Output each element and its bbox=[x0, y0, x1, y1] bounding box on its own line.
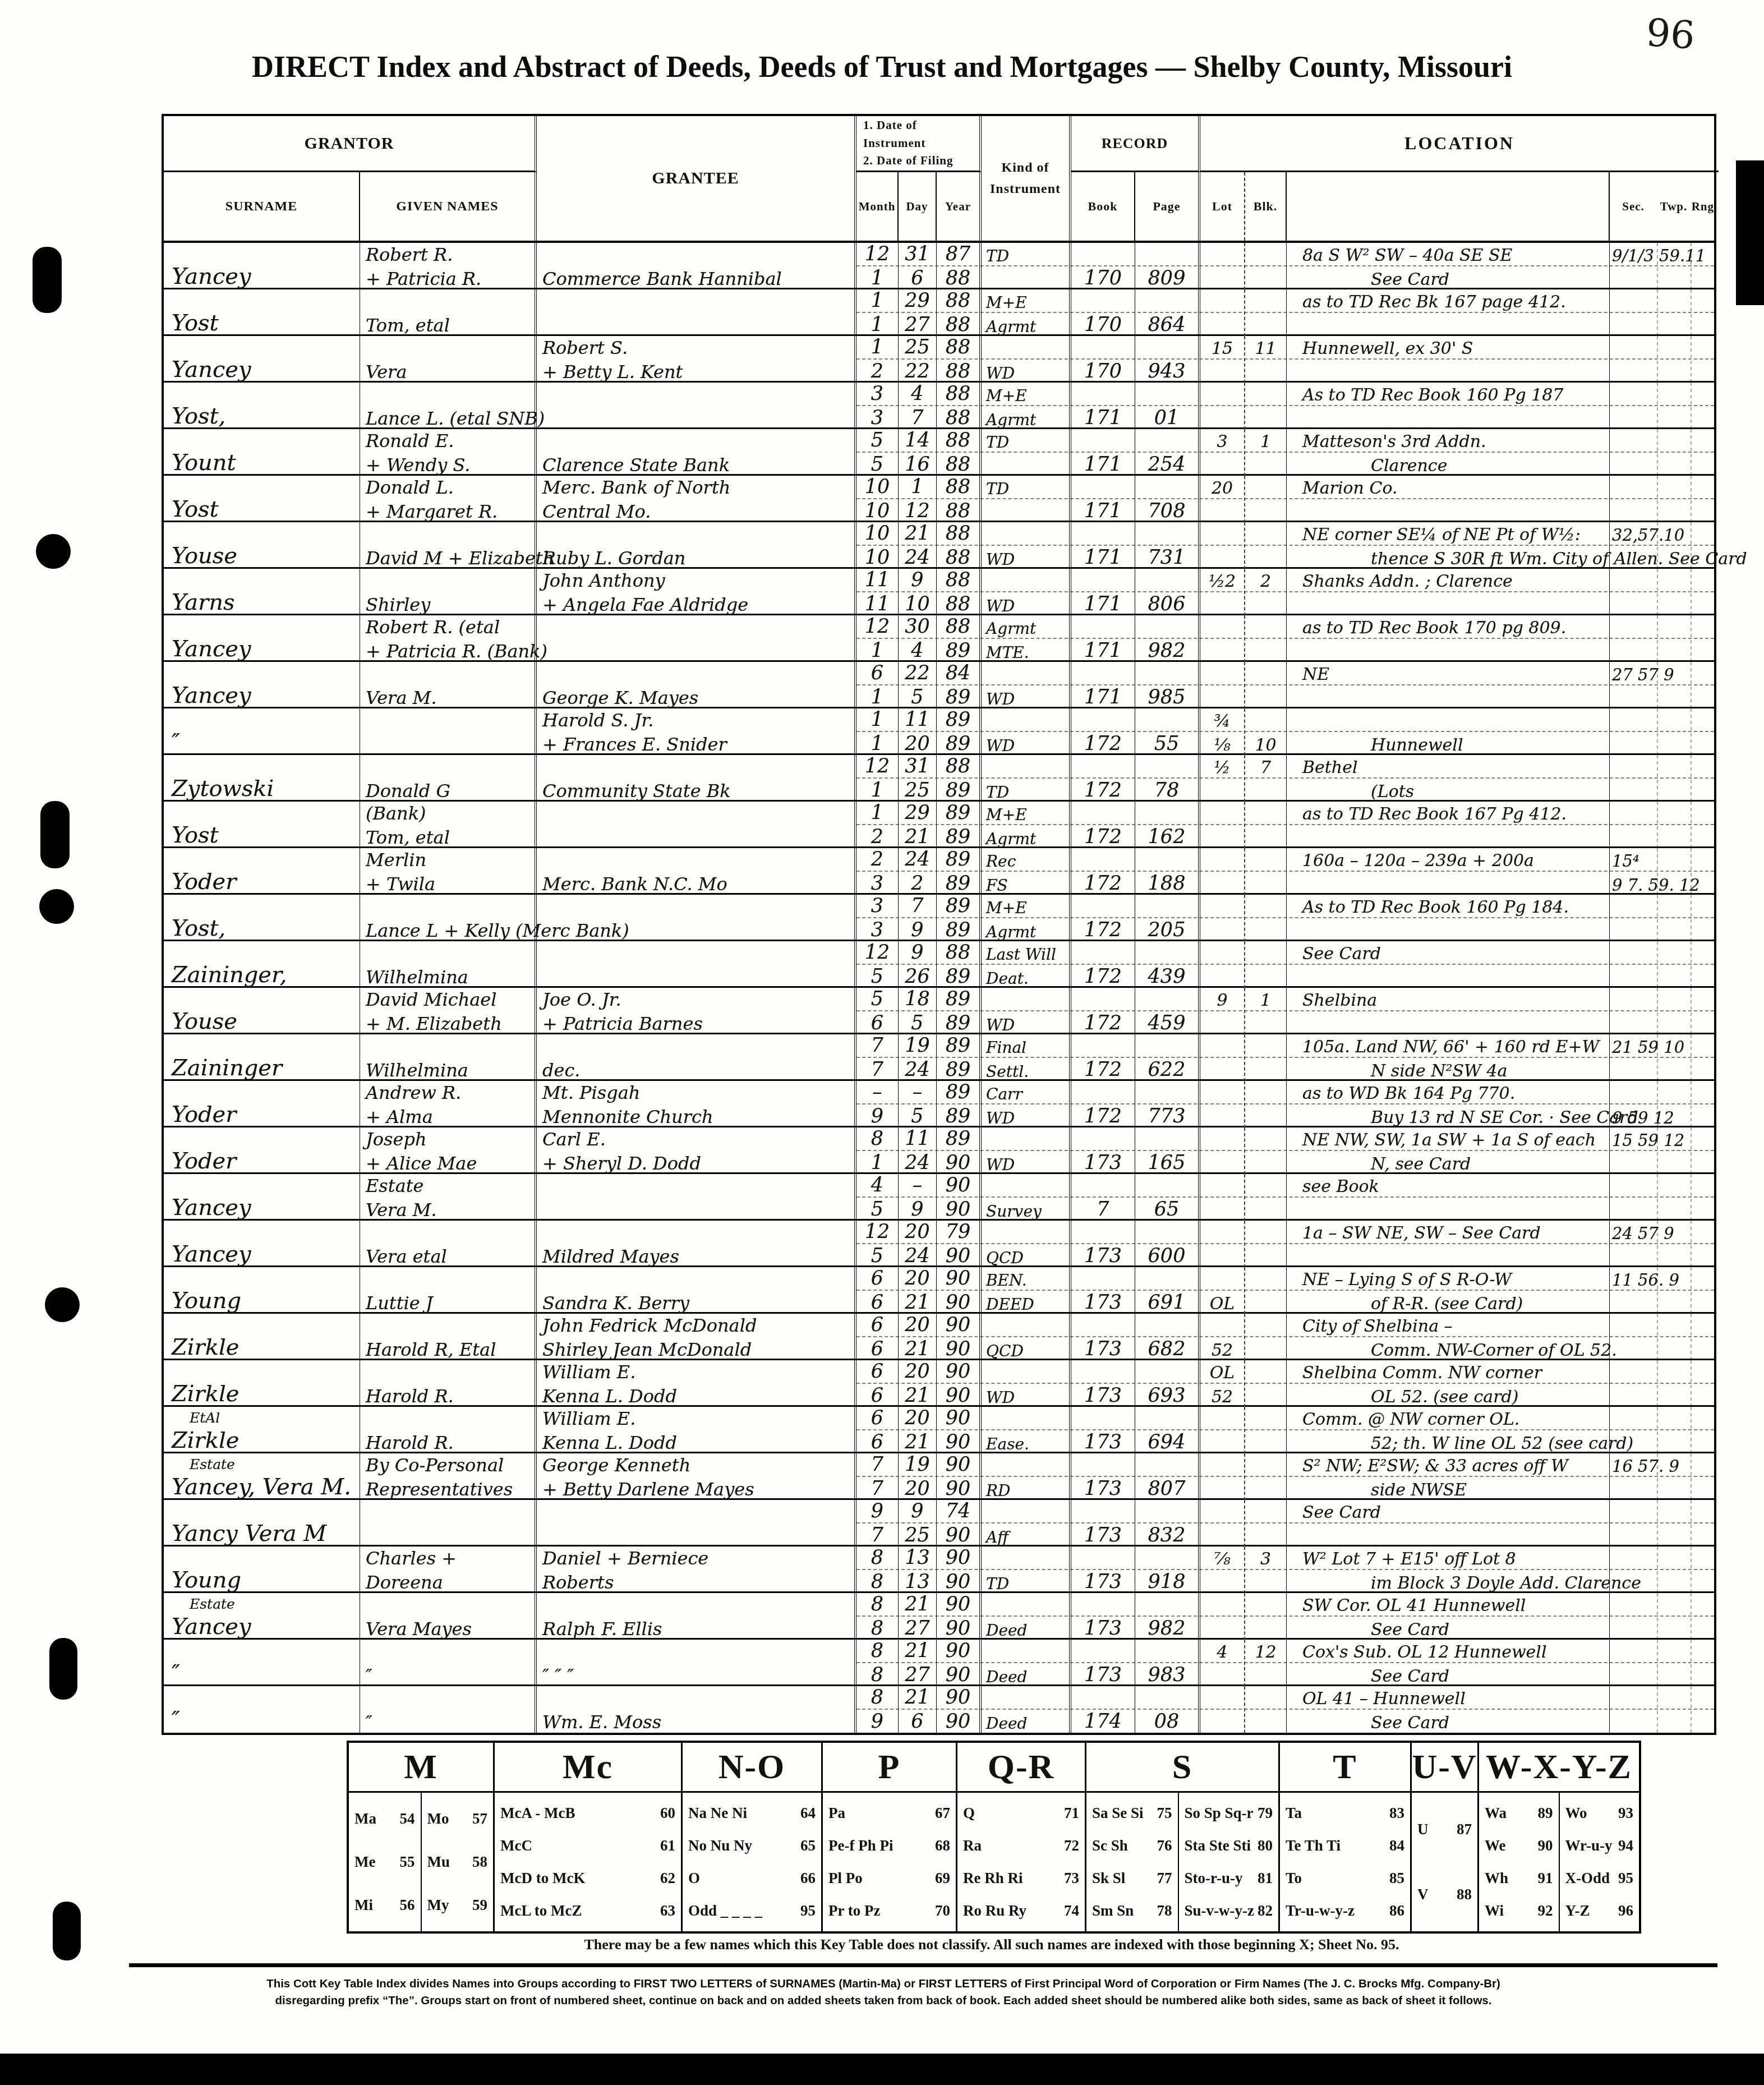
key-sheet-number: 62 bbox=[660, 1870, 675, 1887]
sec-twp-rng-header: Sec. Twp. Rng. bbox=[1610, 172, 1719, 241]
day-cell: 225 bbox=[899, 662, 937, 709]
instrument-day: 9 bbox=[899, 941, 936, 964]
lot-line2 bbox=[1200, 546, 1244, 569]
grantee-cell: William E.Kenna L. Dodd bbox=[537, 1407, 856, 1454]
footnote-line2: disregarding prefix “The”. Groups start … bbox=[163, 1992, 1604, 2009]
sec-twp-rng-cell bbox=[1610, 895, 1719, 942]
given-name-line2: + Alice Mae bbox=[360, 1152, 535, 1175]
blk-line2 bbox=[1245, 1478, 1286, 1501]
blk-cell: 10 bbox=[1245, 708, 1287, 756]
grantee-line2 bbox=[537, 965, 854, 988]
surname-text: ″ bbox=[164, 728, 360, 756]
filing-day: 24 bbox=[899, 546, 936, 569]
day-cell: 1924 bbox=[899, 1034, 937, 1081]
lot-line1 bbox=[1200, 243, 1244, 266]
instrument-day: 11 bbox=[899, 1127, 936, 1150]
instrument-day: – bbox=[899, 1174, 936, 1197]
key-subcolumn: Na Ne Ni64No Nu Ny65O66Odd _ _ _ _95 bbox=[683, 1793, 821, 1931]
location-line1: OL 41 – Hunnewell bbox=[1287, 1686, 1609, 1709]
instrument-day: 13 bbox=[899, 1547, 936, 1569]
kind-line1: TD bbox=[982, 429, 1069, 452]
instrument-month: 6 bbox=[856, 1314, 898, 1337]
month-cell: 61 bbox=[856, 662, 899, 709]
year-cell: 8889 bbox=[937, 615, 982, 662]
filing-year: 90 bbox=[937, 1710, 979, 1733]
key-group-body: Ma54Me55Mi56Mo57Mu58My59 bbox=[349, 1793, 493, 1931]
filing-day: 27 bbox=[899, 314, 936, 337]
key-sheet-number: 68 bbox=[935, 1837, 950, 1854]
record-page-cell: 943 bbox=[1135, 336, 1200, 383]
surname-cell: Yoder bbox=[164, 1081, 360, 1128]
sec-twp-rng-line1: 32,57.10 bbox=[1610, 522, 1719, 545]
scan-edge-smudge bbox=[1736, 160, 1764, 305]
instrument-day: 20 bbox=[899, 1314, 936, 1337]
record-page: 983 bbox=[1135, 1664, 1198, 1687]
lot-line2 bbox=[1200, 360, 1244, 383]
binder-hole-mark bbox=[33, 247, 62, 313]
day-cell: 1416 bbox=[899, 429, 937, 476]
book-header: Book bbox=[1071, 172, 1135, 241]
sec-twp-rng-line1 bbox=[1610, 1547, 1719, 1569]
kind-line2: WD bbox=[982, 686, 1069, 709]
day-cell: –5 bbox=[899, 1081, 937, 1128]
key-range-label: Re Rh Ri bbox=[963, 1870, 1023, 1887]
blk-line1: 12 bbox=[1245, 1640, 1286, 1663]
sec-twp-rng-cell: 32,57.10 bbox=[1610, 522, 1719, 569]
given-name-line1 bbox=[360, 1686, 535, 1709]
given-name-line1: Merlin bbox=[360, 848, 535, 871]
filing-month: 3 bbox=[856, 872, 898, 895]
instrument-year: 88 bbox=[937, 476, 979, 499]
given-names-cell bbox=[360, 1500, 537, 1547]
lot-line2 bbox=[1200, 1524, 1244, 1547]
filing-day: 24 bbox=[899, 1245, 936, 1268]
record-page: 55 bbox=[1135, 733, 1198, 756]
blk-line1 bbox=[1245, 1314, 1286, 1337]
sec-twp-rng-line1: 24 57 9 bbox=[1610, 1221, 1719, 1244]
grantee-line1 bbox=[537, 1686, 854, 1709]
day-cell: 1120 bbox=[899, 708, 937, 756]
surname-text: Yancey bbox=[164, 1194, 360, 1221]
location-cell: NE – Lying S of S R-O-Wof R-R. (see Card… bbox=[1287, 1267, 1610, 1314]
filing-month: 5 bbox=[856, 453, 898, 476]
kind-line1: Last Will bbox=[982, 941, 1069, 964]
grantee-line2: Commerce Bank Hannibal bbox=[537, 267, 854, 290]
location-line2: Hunnewell bbox=[1287, 733, 1609, 756]
given-names-cell: Vera Mayes bbox=[360, 1593, 537, 1640]
key-cell: Wr-u-y94 bbox=[1560, 1837, 1639, 1854]
surname-text: Yancey, Vera M. bbox=[164, 1473, 360, 1501]
key-sheet-number: 67 bbox=[935, 1805, 950, 1822]
kind-line1 bbox=[982, 988, 1069, 1011]
record-book: 7 bbox=[1071, 1198, 1135, 1221]
location-header: LOCATION bbox=[1200, 116, 1719, 172]
location-line1: Marion Co. bbox=[1287, 476, 1609, 499]
kind-line2: WD bbox=[982, 1384, 1069, 1407]
kind-line2 bbox=[982, 453, 1069, 476]
instrument-month: 2 bbox=[856, 848, 898, 871]
kind-line2: FS bbox=[982, 872, 1069, 895]
year-cell: 8888 bbox=[937, 336, 982, 383]
location-cell: City of Shelbina –Comm. NW-Corner of OL … bbox=[1287, 1314, 1610, 1361]
filing-day: 27 bbox=[899, 1617, 936, 1640]
location-line2 bbox=[1287, 1198, 1609, 1221]
record-book-cell: 173 bbox=[1071, 1453, 1135, 1501]
sec-twp-rng-line1 bbox=[1610, 755, 1719, 778]
lot-line1: 3 bbox=[1200, 429, 1244, 452]
grantee-cell: George K. Mayes bbox=[537, 662, 856, 709]
grantor-header: GRANTOR bbox=[164, 116, 537, 172]
sec-twp-rng-line1 bbox=[1610, 1081, 1719, 1104]
blk-line1 bbox=[1245, 1127, 1286, 1150]
day-cell: 2927 bbox=[899, 289, 937, 337]
given-name-line1 bbox=[360, 336, 535, 359]
surname-text: Youse bbox=[164, 1007, 360, 1035]
month-cell: 88 bbox=[856, 1640, 899, 1687]
key-range-label: Wo bbox=[1565, 1805, 1587, 1822]
blk-cell bbox=[1245, 615, 1287, 662]
key-group-body: Sa Se Si75Sc Sh76Sk Sl77Sm Sn78So Sp Sq-… bbox=[1086, 1793, 1278, 1931]
filing-day: 21 bbox=[899, 1384, 936, 1407]
sec-twp-rng-line1 bbox=[1610, 1360, 1719, 1383]
grantee-line1: John Fedrick McDonald bbox=[537, 1314, 854, 1337]
filing-month: 9 bbox=[856, 1710, 898, 1733]
key-range-label: Y-Z bbox=[1565, 1902, 1590, 1920]
key-cell: Tr-u-w-y-z86 bbox=[1280, 1902, 1410, 1920]
key-range-label: Pe-f Ph Pi bbox=[828, 1837, 893, 1854]
blk-line2 bbox=[1245, 1105, 1286, 1128]
blk-cell: 12 bbox=[1245, 1640, 1287, 1687]
key-sheet-number: 79 bbox=[1258, 1805, 1273, 1822]
filing-month: 3 bbox=[856, 407, 898, 430]
kind-line2 bbox=[982, 267, 1069, 290]
given-names-header: GIVEN NAMES bbox=[360, 172, 537, 241]
grantee-cell: Mt. PisgahMennonite Church bbox=[537, 1081, 856, 1128]
record-page-cell: 254 bbox=[1135, 429, 1200, 476]
lot-line1 bbox=[1200, 1267, 1244, 1290]
instrument-month: 4 bbox=[856, 1174, 898, 1197]
record-page: 459 bbox=[1135, 1012, 1198, 1035]
blk-line1 bbox=[1245, 802, 1286, 825]
given-name-line1: Andrew R. bbox=[360, 1081, 535, 1104]
lot-line2 bbox=[1200, 1198, 1244, 1221]
grantee-cell: Clarence State Bank bbox=[537, 429, 856, 476]
record-page-cell: 459 bbox=[1135, 988, 1200, 1035]
record-page: 08 bbox=[1135, 1710, 1198, 1733]
given-name-line1 bbox=[360, 1034, 535, 1057]
key-cell: McL to McZ63 bbox=[495, 1902, 681, 1920]
lot-cell: ⅞ bbox=[1200, 1547, 1245, 1594]
key-subcolumn: Ma54Me55Mi56 bbox=[349, 1793, 421, 1931]
given-name-line2: Luttie J bbox=[360, 1291, 535, 1314]
given-name-line2: + Patricia R. (Bank) bbox=[360, 639, 535, 662]
instrument-year: 90 bbox=[937, 1174, 979, 1197]
date-header-line1: 1. Date of Instrument bbox=[863, 117, 979, 152]
filing-month: 3 bbox=[856, 919, 898, 942]
sec-twp-rng-line2 bbox=[1610, 546, 1719, 569]
blk-cell bbox=[1245, 895, 1287, 942]
instrument-year: 90 bbox=[937, 1593, 979, 1616]
record-book: 171 bbox=[1071, 639, 1135, 662]
given-name-line2: Wilhelmina bbox=[360, 965, 535, 988]
year-cell: 8989 bbox=[937, 848, 982, 895]
sec-twp-rng-cell: 11 56. 9 bbox=[1610, 1267, 1719, 1314]
key-sheet-number: 90 bbox=[1538, 1837, 1553, 1854]
location-line2 bbox=[1287, 500, 1609, 523]
lot-cell bbox=[1200, 615, 1245, 662]
lot-cell bbox=[1200, 941, 1245, 988]
surname-header: SURNAME bbox=[164, 172, 360, 241]
grantee-cell: Commerce Bank Hannibal bbox=[537, 243, 856, 290]
surname-prefix bbox=[164, 1360, 360, 1380]
given-names-cell: Charles +Doreena bbox=[360, 1547, 537, 1594]
key-cell: U87 bbox=[1412, 1821, 1477, 1838]
record-page-cell: 806 bbox=[1135, 569, 1200, 616]
key-range-label: McL to McZ bbox=[500, 1902, 582, 1920]
instrument-year: 89 bbox=[937, 802, 979, 825]
blk-line1: 1 bbox=[1245, 429, 1286, 452]
sec-twp-rng-cell: 9/1/3 59.11 bbox=[1610, 243, 1719, 290]
record-page-cell: 809 bbox=[1135, 243, 1200, 290]
given-name-line2: ″ bbox=[360, 1710, 535, 1733]
lot-line1: 9 bbox=[1200, 988, 1244, 1011]
key-cell: We90 bbox=[1479, 1837, 1559, 1854]
ledger-entry: ″″Wm. E. Moss892169090Deed17408OL 41 – H… bbox=[164, 1686, 1714, 1733]
lot-header: Lot bbox=[1200, 172, 1245, 241]
kind-of-instrument-cell: WD bbox=[982, 708, 1071, 756]
key-sheet-number: 84 bbox=[1389, 1837, 1404, 1854]
grantee-line1 bbox=[537, 1593, 854, 1616]
key-cell: Pr to Pz70 bbox=[823, 1902, 956, 1920]
filing-day: 10 bbox=[899, 593, 936, 616]
sec-twp-rng-line2 bbox=[1610, 826, 1719, 849]
given-name-line1 bbox=[360, 1314, 535, 1337]
sec-twp-rng-line1 bbox=[1610, 802, 1719, 825]
filing-year: 88 bbox=[937, 360, 979, 383]
grantee-cell bbox=[537, 615, 856, 662]
filing-year: 90 bbox=[937, 1384, 979, 1407]
filing-year: 90 bbox=[937, 1431, 979, 1454]
filing-month: 8 bbox=[856, 1571, 898, 1594]
record-page: 205 bbox=[1135, 919, 1198, 942]
record-book: 173 bbox=[1071, 1524, 1135, 1547]
sec-twp-rng-cell bbox=[1610, 429, 1719, 476]
year-cell: 8989 bbox=[937, 895, 982, 942]
given-name-line1: Donald L. bbox=[360, 476, 535, 499]
grantee-line2: Roberts bbox=[537, 1571, 854, 1594]
given-names-cell: Robert R.+ Patricia R. bbox=[360, 243, 537, 290]
location-line2: of R-R. (see Card) bbox=[1287, 1291, 1609, 1314]
given-names-cell: Vera M. bbox=[360, 662, 537, 709]
given-names-cell: Harold R, Etal bbox=[360, 1314, 537, 1361]
blk-cell bbox=[1245, 243, 1287, 290]
key-cell: Y-Z96 bbox=[1560, 1902, 1639, 1920]
grantee-line2: Central Mo. bbox=[537, 500, 854, 523]
instrument-year: 90 bbox=[937, 1360, 979, 1383]
record-page-cell: 205 bbox=[1135, 895, 1200, 942]
record-book: 172 bbox=[1071, 919, 1135, 942]
ledger-entry: YoderAndrew R.+ AlmaMt. PisgahMennonite … bbox=[164, 1081, 1714, 1127]
footnote-line1: This Cott Key Table Index divides Names … bbox=[163, 1976, 1604, 1992]
lot-line1: 20 bbox=[1200, 476, 1244, 499]
kind-line1 bbox=[982, 1174, 1069, 1197]
kind-of-instrument-header: Kind of Instrument bbox=[982, 116, 1071, 241]
instrument-month: 8 bbox=[856, 1593, 898, 1616]
record-book: 171 bbox=[1071, 407, 1135, 430]
instrument-month: 12 bbox=[856, 615, 898, 638]
sec-twp-rng-line1 bbox=[1610, 615, 1719, 638]
given-names-cell: Wilhelmina bbox=[360, 1034, 537, 1081]
instrument-day: 29 bbox=[899, 289, 936, 312]
grantee-cell: dec. bbox=[537, 1034, 856, 1081]
given-names-cell: Andrew R.+ Alma bbox=[360, 1081, 537, 1128]
lot-line1: ¾ bbox=[1200, 708, 1244, 731]
location-line2 bbox=[1287, 826, 1609, 849]
sec-twp-rng-line2 bbox=[1610, 593, 1719, 616]
key-sheet-number: 56 bbox=[400, 1897, 415, 1914]
key-cell: So Sp Sq-r79 bbox=[1179, 1805, 1278, 1822]
grantee-line1: Robert S. bbox=[537, 336, 854, 359]
year-cell: 8989 bbox=[937, 988, 982, 1035]
kind-of-instrument-cell: FinalSettl. bbox=[982, 1034, 1071, 1081]
record-book-cell: 171 bbox=[1071, 662, 1135, 709]
blk-line1 bbox=[1245, 1034, 1286, 1057]
surname-cell: Yoder bbox=[164, 1127, 360, 1175]
kind-of-instrument-cell: M+EAgrmt bbox=[982, 802, 1071, 849]
year-cell: 7990 bbox=[937, 1221, 982, 1268]
lot-cell bbox=[1200, 289, 1245, 337]
instrument-month: 8 bbox=[856, 1127, 898, 1150]
surname-text: Zirkle bbox=[164, 1380, 360, 1407]
instrument-month: 1 bbox=[856, 802, 898, 825]
instrument-day: 19 bbox=[899, 1034, 936, 1057]
day-cell: 910 bbox=[899, 569, 937, 616]
instrument-month: 12 bbox=[856, 1221, 898, 1244]
month-cell: 77 bbox=[856, 1453, 899, 1501]
location-line2: Comm. NW-Corner of OL 52. bbox=[1287, 1338, 1609, 1361]
surname-prefix bbox=[164, 708, 360, 728]
filing-month: 1 bbox=[856, 639, 898, 662]
surname-text: Yost bbox=[164, 495, 360, 523]
grantee-line2: Wm. E. Moss bbox=[537, 1710, 854, 1733]
filing-month: 6 bbox=[856, 1431, 898, 1454]
lot-cell: ½ bbox=[1200, 755, 1245, 802]
record-book: 172 bbox=[1071, 826, 1135, 849]
kind-line2: QCD bbox=[982, 1338, 1069, 1361]
record-page: 985 bbox=[1135, 686, 1198, 709]
ledger-entry: YountRonald E.+ Wendy S.Clarence State B… bbox=[164, 429, 1714, 476]
blk-line1: 7 bbox=[1245, 755, 1286, 778]
month-cell: 66 bbox=[856, 1407, 899, 1454]
ledger-entry: YoderJoseph+ Alice MaeCarl E.+ Sheryl D.… bbox=[164, 1127, 1714, 1174]
lot-line2 bbox=[1200, 407, 1244, 430]
key-range-label: X-Odd bbox=[1565, 1870, 1610, 1887]
filing-day: 5 bbox=[899, 1012, 936, 1035]
kind-line1: Final bbox=[982, 1034, 1069, 1057]
year-cell: 8888 bbox=[937, 522, 982, 569]
given-name-line2: Doreena bbox=[360, 1571, 535, 1594]
surname-text: Yancey bbox=[164, 263, 360, 290]
record-page: 918 bbox=[1135, 1571, 1198, 1594]
kind-line1 bbox=[982, 336, 1069, 359]
month-cell: 125 bbox=[856, 941, 899, 988]
record-page-cell: 188 bbox=[1135, 848, 1200, 895]
key-sheet-number: 74 bbox=[1064, 1902, 1079, 1920]
blk-line2 bbox=[1245, 779, 1286, 802]
sec-twp-rng-line2 bbox=[1610, 1384, 1719, 1407]
key-group-header: Mc bbox=[495, 1743, 681, 1793]
blk-cell bbox=[1245, 1407, 1287, 1454]
given-name-line2: Vera bbox=[360, 360, 535, 383]
location-cell: S² NW; E²SW; & 33 acres off Wside NWSE bbox=[1287, 1453, 1610, 1501]
table-header: GRANTOR SURNAME GIVEN NAMES GRANTEE 1. D… bbox=[162, 114, 1716, 243]
blk-cell bbox=[1245, 1034, 1287, 1081]
grantee-line1: Mt. Pisgah bbox=[537, 1081, 854, 1104]
key-range-label: Pl Po bbox=[828, 1870, 863, 1887]
filing-year: 89 bbox=[937, 733, 979, 756]
kind-line2: DEED bbox=[982, 1291, 1069, 1314]
key-group-header: P bbox=[823, 1743, 956, 1793]
grantee-line1 bbox=[537, 1221, 854, 1244]
key-cell: Su-v-w-y-z82 bbox=[1179, 1902, 1278, 1920]
lot-line1: ½2 bbox=[1200, 569, 1244, 592]
sec-twp-rng-line1 bbox=[1610, 1407, 1719, 1430]
key-subcolumn: Q71Ra72Re Rh Ri73Ro Ru Ry74 bbox=[957, 1793, 1085, 1931]
lot-line1: 4 bbox=[1200, 1640, 1244, 1663]
filing-month: 2 bbox=[856, 826, 898, 849]
location-line1: Shelbina bbox=[1287, 988, 1609, 1011]
sec-twp-rng-cell bbox=[1610, 1547, 1719, 1594]
location-line2: OL 52. (see card) bbox=[1287, 1384, 1609, 1407]
grantee-line2: + Sheryl D. Dodd bbox=[537, 1152, 854, 1175]
filing-month: 5 bbox=[856, 965, 898, 988]
record-book: 170 bbox=[1071, 267, 1135, 290]
key-group: PPa67Pe-f Ph Pi68Pl Po69Pr to Pz70 bbox=[823, 1743, 957, 1931]
key-sheet-number: 92 bbox=[1538, 1902, 1553, 1920]
given-names-cell: By Co-PersonalRepresentatives bbox=[360, 1453, 537, 1501]
lot-line1 bbox=[1200, 1174, 1244, 1197]
instrument-month: 9 bbox=[856, 1500, 898, 1523]
given-names-cell: Luttie J bbox=[360, 1267, 537, 1314]
blk-line1: 1 bbox=[1245, 988, 1286, 1011]
binder-hole-mark bbox=[36, 534, 71, 569]
grantee-line1: Daniel + Berniece bbox=[537, 1547, 854, 1569]
surname-prefix bbox=[164, 1174, 360, 1194]
location-cell: SW Cor. OL 41 HunnewellSee Card bbox=[1287, 1593, 1610, 1640]
filing-day: 24 bbox=[899, 1058, 936, 1081]
location-line1: NE corner SE¼ of NE Pt of W½: bbox=[1287, 522, 1609, 545]
lot-line1 bbox=[1200, 1034, 1244, 1057]
instrument-day: 20 bbox=[899, 1407, 936, 1430]
lot-line2 bbox=[1200, 453, 1244, 476]
grantee-line1: Merc. Bank of North bbox=[537, 476, 854, 499]
record-book-cell: 173 bbox=[1071, 1360, 1135, 1407]
kind-line1 bbox=[982, 708, 1069, 731]
key-group-header: U-V bbox=[1412, 1743, 1477, 1793]
filing-year: 89 bbox=[937, 919, 979, 942]
page-title: DIRECT Index and Abstract of Deeds, Deed… bbox=[0, 49, 1764, 84]
grantee-line1: George Kenneth bbox=[537, 1453, 854, 1476]
key-sheet-number: 63 bbox=[660, 1902, 675, 1920]
location-cell: as to TD Rec Book 170 pg 809. bbox=[1287, 615, 1610, 662]
kind-of-instrument-cell: WD bbox=[982, 1360, 1071, 1407]
location-line2 bbox=[1287, 639, 1609, 662]
location-cell: NE corner SE¼ of NE Pt of W½:thence S 30… bbox=[1287, 522, 1610, 569]
sec-twp-rng-line2 bbox=[1610, 1291, 1719, 1314]
surname-cell: Yancey bbox=[164, 243, 360, 290]
given-names-cell: Ronald E.+ Wendy S. bbox=[360, 429, 537, 476]
location-line2 bbox=[1287, 686, 1609, 709]
